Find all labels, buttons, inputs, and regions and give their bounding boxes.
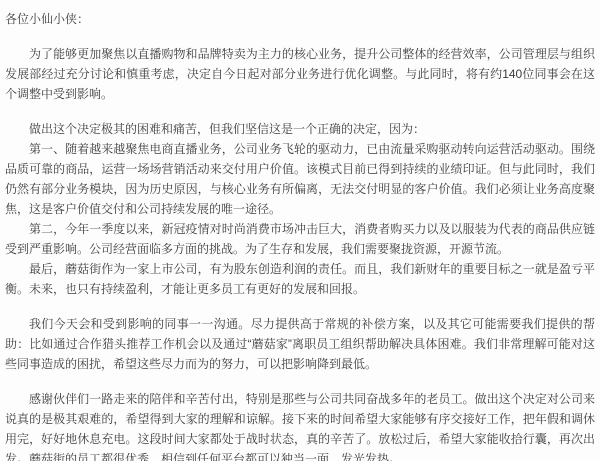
- salutation: 各位小仙小侠：: [5, 9, 595, 29]
- paragraph-decision-statement: 做出这个决定极其的困难和痛苦，但我们坚信这是一个正确的决定，因为：: [5, 119, 595, 139]
- paragraph-gratitude: 感谢伙伴们一路走来的陪伴和辛苦付出，特别是那些与公司共同奋战多年的老员工。做出这…: [5, 389, 595, 461]
- paragraph-reason-1: 第一、随着越来越聚焦电商直播业务，公司业务飞轮的驱动力，已由流量采购驱动转向运营…: [5, 139, 595, 219]
- announcement-letter: 各位小仙小侠： 为了能够更加聚焦以直播购物和品牌特卖为主力的核心业务，提升公司整…: [0, 0, 600, 461]
- paragraph-reason-2: 第二，今年一季度以来，新冠疫情对时尚消费市场冲击巨大，消费者购买力以及以服装为代…: [5, 219, 595, 259]
- paragraph-restructuring-intro: 为了能够更加聚焦以直播购物和品牌特卖为主力的核心业务，提升公司整体的经营效率，公…: [5, 44, 595, 104]
- paragraph-reason-3: 最后，蘑菇街作为一家上市公司，有为股东创造利润的责任。而且，我们新财年的重要目标…: [5, 259, 595, 299]
- paragraph-support-measures: 我们今天会和受到影响的同事一一沟通。尽力提供高于常规的补偿方案，以及其它可能需要…: [5, 314, 595, 374]
